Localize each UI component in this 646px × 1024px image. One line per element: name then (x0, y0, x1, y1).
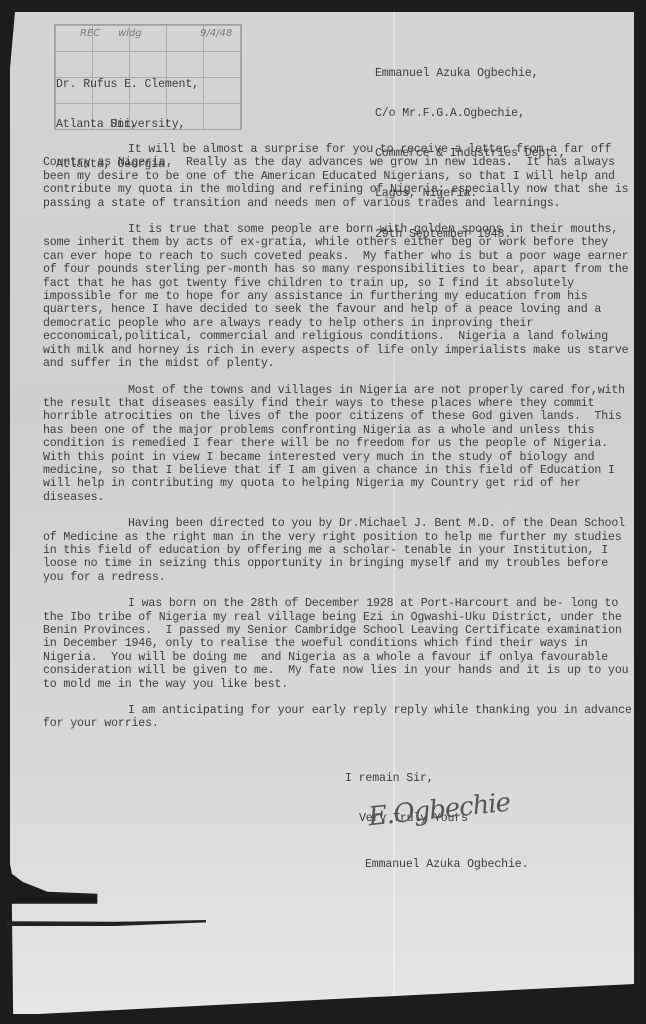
received-stamp-initials: wldg (118, 28, 142, 39)
body-paragraph: It will be almost a surprise for you to … (43, 143, 633, 210)
body-paragraph: I am anticipating for your early reply r… (43, 704, 633, 731)
sender-line: Emmanuel Azuka Ogbechie, (375, 67, 566, 80)
body-paragraph: It is true that some people are born wit… (43, 223, 633, 370)
salutation: Sir, (110, 118, 137, 131)
received-stamp-date: 9/4/48 (200, 28, 232, 39)
letter-body: It will be almost a surprise for you to … (43, 143, 633, 744)
recipient-line: Dr. Rufus E. Clement, (56, 78, 199, 91)
closing-line: I remain Sir, (345, 772, 468, 785)
body-paragraph: Having been directed to you by Dr.Michae… (43, 517, 633, 584)
body-paragraph: I was born on the 28th of December 1928 … (43, 597, 633, 691)
body-paragraph: Most of the towns and villages in Nigeri… (43, 384, 633, 505)
received-stamp-label: REC (80, 28, 100, 39)
sender-line: C/o Mr.F.G.A.Ogbechie, (375, 107, 566, 120)
typed-signature-name: Emmanuel Azuka Ogbechie. (365, 858, 528, 871)
letter-paper: REC wldg 9/4/48 Dr. Rufus E. Clement, At… (10, 12, 634, 1014)
